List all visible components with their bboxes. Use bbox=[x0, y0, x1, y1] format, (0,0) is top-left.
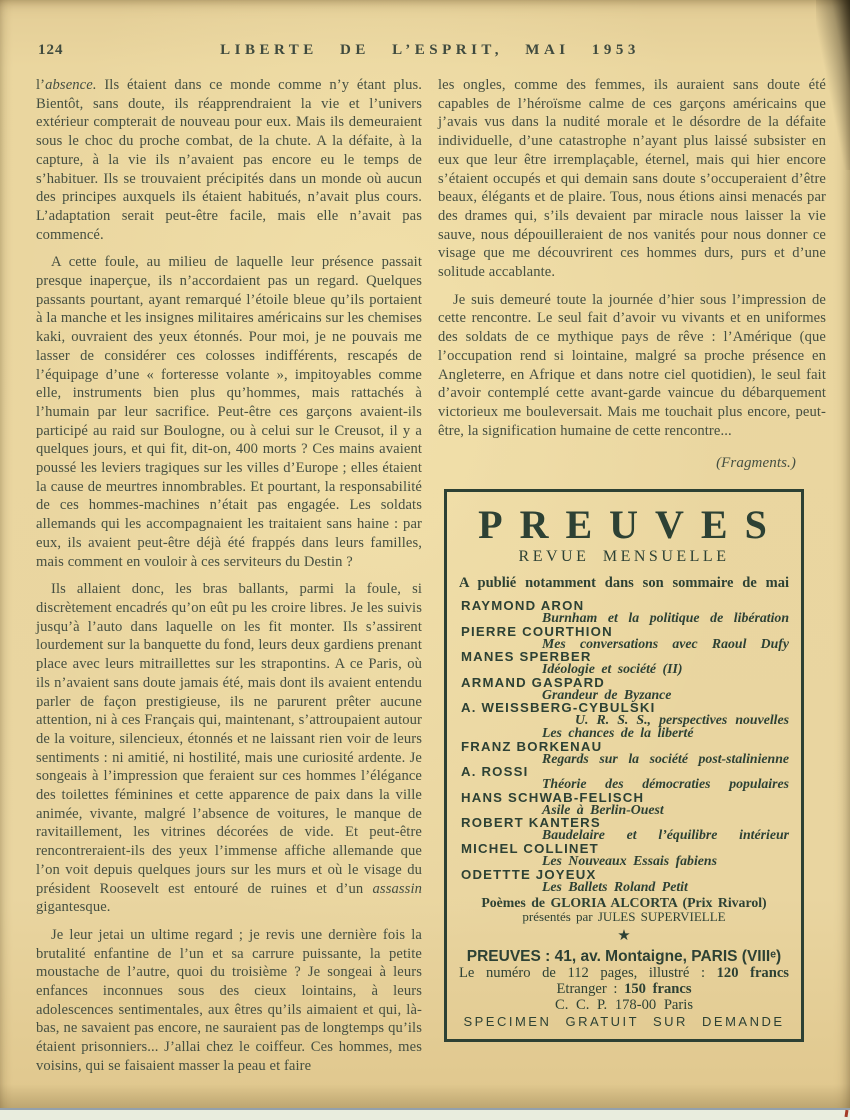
ad-foreign-price-line: Etranger : 150 francs bbox=[457, 981, 791, 997]
page-header: 124 LIBERTE DE L’ESPRIT, MAI 1953 bbox=[0, 42, 850, 62]
ad-title: PREUVES bbox=[457, 502, 791, 548]
ad-item-title: Burnham et la politique de libération bbox=[542, 612, 789, 625]
text-run: Le numéro de 112 pages, illustré : bbox=[459, 965, 717, 981]
ad-item-title: Idéologie et société (II) bbox=[542, 663, 791, 676]
ad-item: ARMAND GASPARD Grandeur de Byzance bbox=[457, 676, 791, 702]
ad-address-line: PREUVES : 41, av. Montaigne, PARIS (VIII… bbox=[457, 948, 791, 965]
magazine-page: 124 LIBERTE DE L’ESPRIT, MAI 1953 l’abse… bbox=[0, 0, 850, 1120]
text-run: Etranger : bbox=[556, 981, 624, 997]
paragraph: l’absence. Ils étaient dans ce monde com… bbox=[36, 76, 422, 244]
ad-item-title: Les Nouveaux Essais fabiens bbox=[542, 855, 791, 868]
ad-item: MICHEL COLLINET Les Nouveaux Essais fabi… bbox=[457, 842, 791, 868]
right-column: les ongles, comme des femmes, ils auraie… bbox=[438, 76, 826, 1042]
text-run: Ils étaient dans ce monde comme n’y étan… bbox=[36, 77, 422, 243]
ad-poems-line: Poèmes de GLORIA ALCORTA (Prix Rivarol) bbox=[457, 896, 791, 910]
text-run: Ils allaient donc, les bras ballants, pa… bbox=[36, 581, 422, 896]
paragraph: Ils allaient donc, les bras ballants, pa… bbox=[36, 580, 422, 917]
left-column: l’absence. Ils étaient dans ce monde com… bbox=[36, 76, 422, 1085]
price-value: 120 francs bbox=[717, 965, 789, 981]
preuves-advertisement: PREUVES REVUE MENSUELLE A publié notamme… bbox=[444, 489, 804, 1042]
ad-item: ODETTTE JOYEUX Les Ballets Roland Petit bbox=[457, 868, 791, 894]
italic-word: absence. bbox=[45, 77, 96, 93]
ad-item-title: Les Ballets Roland Petit bbox=[542, 881, 791, 894]
ad-price-line: Le numéro de 112 pages, illustré : 120 f… bbox=[459, 965, 789, 981]
star-icon: ★ bbox=[457, 927, 791, 945]
ad-item: RAYMOND ARON Burnham et la politique de … bbox=[457, 599, 791, 625]
fragments-signature: (Fragments.) bbox=[438, 454, 826, 473]
italic-word: assassin bbox=[373, 881, 422, 897]
ad-presented-line: présentés par JULES SUPERVIELLE bbox=[457, 910, 791, 923]
ad-item-title: Les chances de la liberté bbox=[542, 727, 791, 740]
page-corner-shadow bbox=[816, 0, 850, 170]
ad-subtitle: REVUE MENSUELLE bbox=[457, 548, 791, 566]
text-run: l’ bbox=[36, 77, 45, 93]
ad-item-title: Théorie des démocraties populaires bbox=[542, 778, 789, 791]
ad-intro-line: A publié notamment dans son sommaire de … bbox=[459, 575, 789, 592]
paragraph: Je suis demeuré toute la journée d’hier … bbox=[438, 291, 826, 441]
page-bottom-shadow bbox=[0, 1084, 850, 1108]
price-value: 150 francs bbox=[624, 981, 691, 997]
ad-item: PIERRE COURTHION Mes conversations avec … bbox=[457, 625, 791, 651]
ad-item: A. WEISSBERG-CYBULSKI U. R. S. S., persp… bbox=[457, 701, 791, 739]
ad-item: FRANZ BORKENAU Regards sur la société po… bbox=[457, 740, 791, 766]
paragraph: A cette foule, au milieu de laquelle leu… bbox=[36, 253, 422, 571]
ad-item-title: Regards sur la société post-stalinienne bbox=[542, 753, 789, 766]
text-run: gigantesque. bbox=[36, 899, 111, 915]
paragraph: les ongles, comme des femmes, ils auraie… bbox=[438, 76, 826, 282]
ad-ccp-line: C. C. P. 178-00 Paris bbox=[457, 997, 791, 1013]
ad-item: HANS SCHWAB-FELISCH Asile à Berlin-Ouest bbox=[457, 791, 791, 817]
ad-item: ROBERT KANTERS Baudelaire et l’équilibre… bbox=[457, 816, 791, 842]
ad-item: A. ROSSI Théorie des démocraties populai… bbox=[457, 765, 791, 791]
paragraph: Je leur jetai un ultime regard ; je revi… bbox=[36, 926, 422, 1076]
journal-title: LIBERTE DE L’ESPRIT, MAI 1953 bbox=[30, 42, 830, 59]
scan-bottom-edge bbox=[0, 1108, 850, 1120]
italic-word: (Fragments.) bbox=[716, 455, 796, 471]
ad-item: MANES SPERBER Idéologie et société (II) bbox=[457, 650, 791, 676]
ad-specimen-line: SPECIMEN GRATUIT SUR DEMANDE bbox=[457, 1014, 791, 1030]
